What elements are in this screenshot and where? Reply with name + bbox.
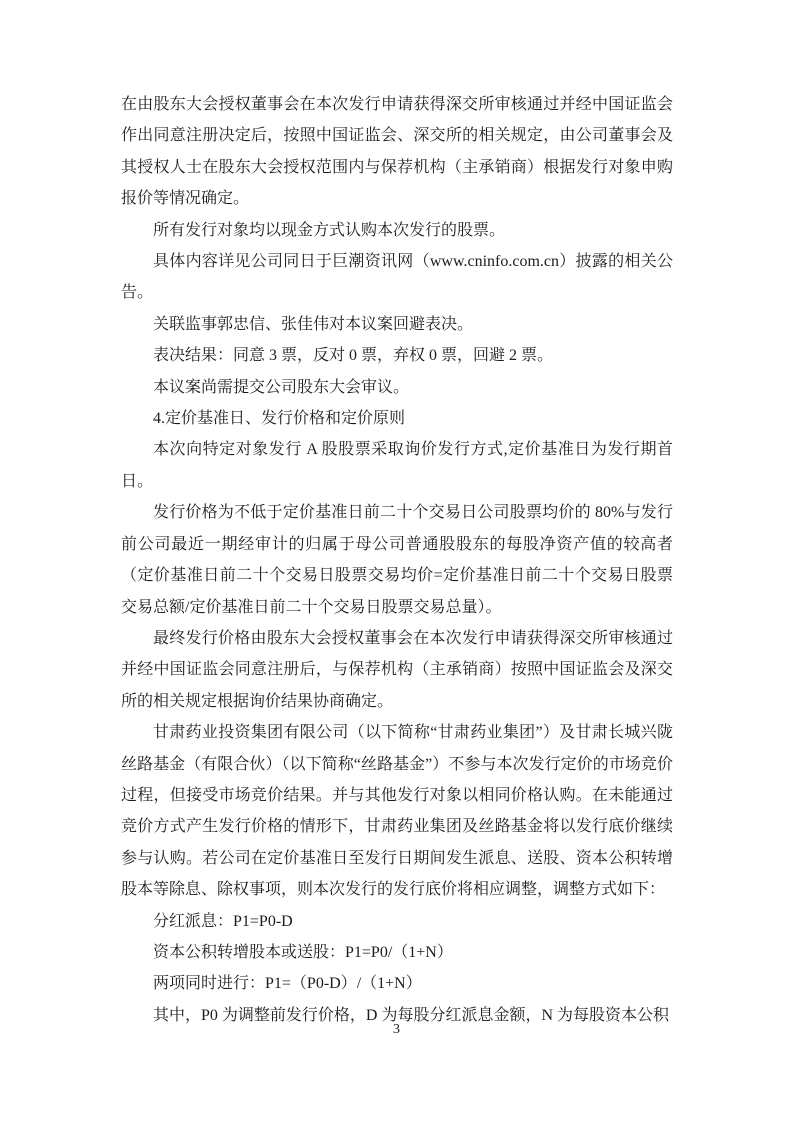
paragraph: 分红派息：P1=P0-D (121, 906, 673, 937)
paragraph: 具体内容详见公司同日于巨潮资讯网（www.cninfo.com.cn）披露的相关… (121, 246, 673, 309)
paragraph: 两项同时进行：P1=（P0-D）/（1+N） (121, 968, 673, 999)
paragraph: 表决结果：同意 3 票，反对 0 票，弃权 0 票，回避 2 票。 (121, 340, 673, 371)
paragraph: 甘肃药业投资集团有限公司（以下简称“甘肃药业集团”）及甘肃长城兴陇丝路基金（有限… (121, 717, 673, 905)
page-number: 3 (393, 1022, 400, 1037)
paragraph: 在由股东大会授权董事会在本次发行申请获得深交所审核通过并经中国证监会作出同意注册… (121, 89, 673, 215)
paragraph: 发行价格为不低于定价基准日前二十个交易日公司股票均价的 80%与发行前公司最近一… (121, 497, 673, 623)
paragraph: 本议案尚需提交公司股东大会审议。 (121, 372, 673, 403)
document-body: 在由股东大会授权董事会在本次发行申请获得深交所审核通过并经中国证监会作出同意注册… (121, 89, 673, 1031)
paragraph: 4.定价基准日、发行价格和定价原则 (121, 403, 673, 434)
document-page: 在由股东大会授权董事会在本次发行申请获得深交所审核通过并经中国证监会作出同意注册… (0, 0, 793, 1122)
paragraph: 所有发行对象均以现金方式认购本次发行的股票。 (121, 215, 673, 246)
paragraph: 关联监事郭忠信、张佳伟对本议案回避表决。 (121, 309, 673, 340)
paragraph: 资本公积转增股本或送股：P1=P0/（1+N） (121, 937, 673, 968)
page-footer: 3 (0, 1020, 793, 1040)
paragraph: 最终发行价格由股东大会授权董事会在本次发行申请获得深交所审核通过并经中国证监会同… (121, 623, 673, 717)
paragraph: 本次向特定对象发行 A 股股票采取询价发行方式,定价基准日为发行期首日。 (121, 434, 673, 497)
